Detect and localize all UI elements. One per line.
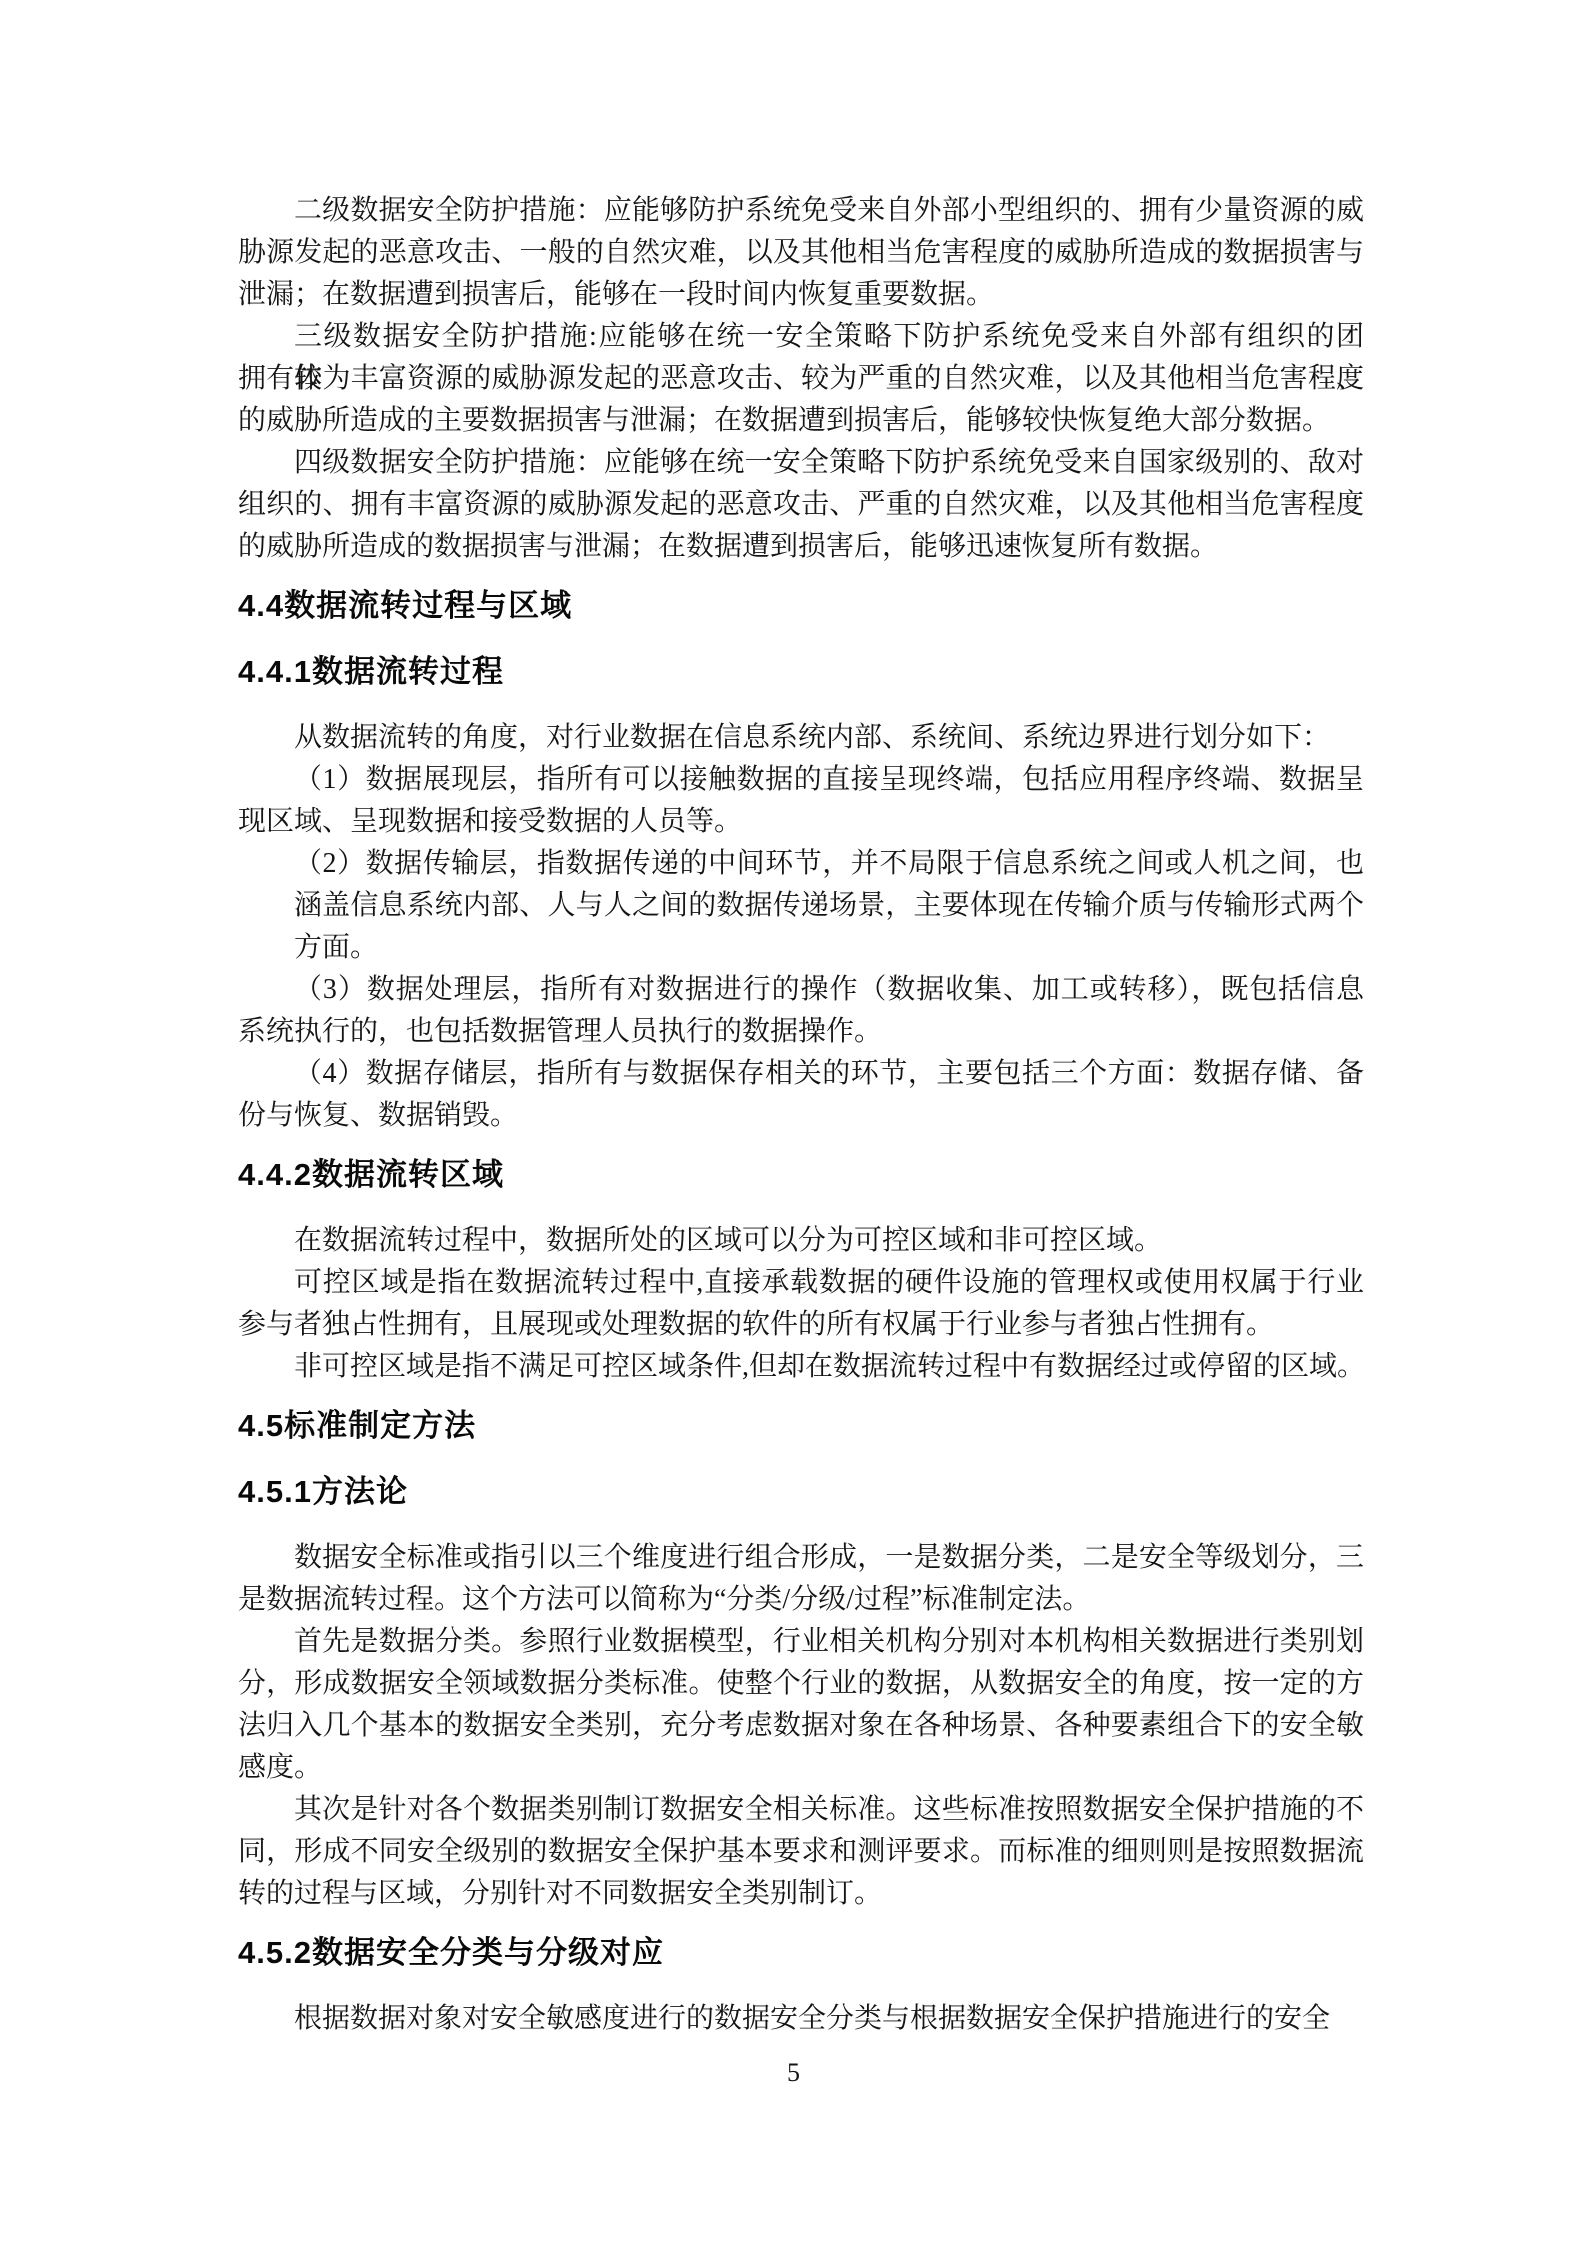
para-first-classification: 首先是数据分类。参照行业数据模型，行业相关机构分别对本机构相关数据进行类别划分，… [238, 1621, 1364, 1789]
text-line: 同，形成不同安全级别的数据安全保护基本要求和测评要求。而标准的细则则是按照数据流 [238, 1831, 1364, 1873]
text-line: 方面。 [294, 927, 1364, 969]
para-item3-processing-layer: （3）数据处理层，指所有对数据进行的操作（数据收集、加工或转移），既包括信息系统… [238, 969, 1364, 1053]
text-line: 胁源发起的恶意攻击、一般的自然灾难，以及其他相当危害程度的威胁所造成的数据损害与 [238, 232, 1364, 274]
text-line: （4）数据存储层，指所有与数据保存相关的环节，主要包括三个方面：数据存储、备 [294, 1053, 1364, 1095]
text-line: 数据安全标准或指引以三个维度进行组合形成，一是数据分类，二是安全等级划分，三 [294, 1537, 1364, 1579]
para-classification-grading: 根据数据对象对安全敏感度进行的数据安全分类与根据数据安全保护措施进行的安全 [238, 1998, 1364, 2040]
heading-4-4-2: 4.4.2数据流转区域 [238, 1154, 1364, 1196]
text-line: 四级数据安全防护措施：应能够在统一安全策略下防护系统免受来自国家级别的、敌对 [294, 442, 1364, 484]
text-line: 可控区域是指在数据流转过程中,直接承载数据的硬件设施的管理权或使用权属于行业 [294, 1262, 1364, 1304]
para-item1-presentation-layer: （1）数据展现层，指所有可以接触数据的直接呈现终端，包括应用程序终端、数据呈现区… [238, 759, 1364, 843]
heading-4-4-1: 4.4.1数据流转过程 [238, 651, 1364, 693]
para-item4-storage-layer: （4）数据存储层，指所有与数据保存相关的环节，主要包括三个方面：数据存储、备份与… [238, 1053, 1364, 1137]
text-line: （2）数据传输层，指数据传递的中间环节，并不局限于信息系统之间或人机之间，也 [294, 843, 1364, 885]
text-line: 份与恢复、数据销毁。 [238, 1095, 1364, 1137]
text-line: 首先是数据分类。参照行业数据模型，行业相关机构分别对本机构相关数据进行类别划 [294, 1621, 1364, 1663]
text-line: 的威胁所造成的主要数据损害与泄漏；在数据遭到损害后，能够较快恢复绝大部分数据。 [238, 400, 1364, 442]
para-level3-protection: 三级数据安全防护措施:应能够在统一安全策略下防护系统免受来自外部有组织的团体、拥… [238, 316, 1364, 442]
text-line: 非可控区域是指不满足可控区域条件,但却在数据流转过程中有数据经过或停留的区域。 [294, 1346, 1364, 1388]
heading-4-5-1: 4.5.1方法论 [238, 1471, 1364, 1513]
text-line: 泄漏；在数据遭到损害后，能够在一段时间内恢复重要数据。 [238, 274, 1364, 316]
text-line: 的威胁所造成的数据损害与泄漏；在数据遭到损害后，能够迅速恢复所有数据。 [238, 526, 1364, 568]
text-line: 二级数据安全防护措施：应能够防护系统免受来自外部小型组织的、拥有少量资源的威 [294, 190, 1364, 232]
document-body: 二级数据安全防护措施：应能够防护系统免受来自外部小型组织的、拥有少量资源的威胁源… [238, 190, 1364, 2040]
para-area-intro: 在数据流转过程中，数据所处的区域可以分为可控区域和非可控区域。 [238, 1220, 1364, 1262]
text-line: 参与者独占性拥有，且展现或处理数据的软件的所有权属于行业参与者独占性拥有。 [238, 1304, 1364, 1346]
text-line: （1）数据展现层，指所有可以接触数据的直接呈现终端，包括应用程序终端、数据呈 [294, 759, 1364, 801]
text-line: 法归入几个基本的数据安全类别，充分考虑数据对象在各种场景、各种要素组合下的安全敏 [238, 1705, 1364, 1747]
para-item2-transmission-layer: （2）数据传输层，指数据传递的中间环节，并不局限于信息系统之间或人机之间，也涵盖… [238, 843, 1364, 969]
para-level4-protection: 四级数据安全防护措施：应能够在统一安全策略下防护系统免受来自国家级别的、敌对组织… [238, 442, 1364, 568]
text-line: 根据数据对象对安全敏感度进行的数据安全分类与根据数据安全保护措施进行的安全 [294, 1998, 1364, 2040]
text-line: 是数据流转过程。这个方法可以简称为“分类/分级/过程”标准制定法。 [238, 1579, 1364, 1621]
text-line: 系统执行的，也包括数据管理人员执行的数据操作。 [238, 1011, 1364, 1053]
text-line: 转的过程与区域，分别针对不同数据安全类别制订。 [238, 1873, 1364, 1915]
para-controllable-area: 可控区域是指在数据流转过程中,直接承载数据的硬件设施的管理权或使用权属于行业参与… [238, 1262, 1364, 1346]
text-line: 组织的、拥有丰富资源的威胁源发起的恶意攻击、严重的自然灾难，以及其他相当危害程度 [238, 484, 1364, 526]
heading-4-4: 4.4数据流转过程与区域 [238, 585, 1364, 627]
text-line: 感度。 [238, 1747, 1364, 1789]
text-line: 其次是针对各个数据类别制订数据安全相关标准。这些标准按照数据安全保护措施的不 [294, 1789, 1364, 1831]
text-line: （3）数据处理层，指所有对数据进行的操作（数据收集、加工或转移），既包括信息 [294, 969, 1364, 1011]
para-flow-intro: 从数据流转的角度，对行业数据在信息系统内部、系统间、系统边界进行划分如下： [238, 717, 1364, 759]
text-line: 拥有较为丰富资源的威胁源发起的恶意攻击、较为严重的自然灾难，以及其他相当危害程度 [238, 358, 1364, 400]
text-line: 三级数据安全防护措施:应能够在统一安全策略下防护系统免受来自外部有组织的团体、 [294, 316, 1364, 358]
para-methodology-dimensions: 数据安全标准或指引以三个维度进行组合形成，一是数据分类，二是安全等级划分，三是数… [238, 1537, 1364, 1621]
text-line: 现区域、呈现数据和接受数据的人员等。 [238, 801, 1364, 843]
document-page: 二级数据安全防护措施：应能够防护系统免受来自外部小型组织的、拥有少量资源的威胁源… [0, 0, 1587, 2245]
para-uncontrollable-area: 非可控区域是指不满足可控区域条件,但却在数据流转过程中有数据经过或停留的区域。 [238, 1346, 1364, 1388]
page-number: 5 [0, 2052, 1587, 2094]
text-line: 分，形成数据安全领域数据分类标准。使整个行业的数据，从数据安全的角度，按一定的方 [238, 1663, 1364, 1705]
para-level2-protection: 二级数据安全防护措施：应能够防护系统免受来自外部小型组织的、拥有少量资源的威胁源… [238, 190, 1364, 316]
heading-4-5: 4.5标准制定方法 [238, 1405, 1364, 1447]
heading-4-5-2: 4.5.2数据安全分类与分级对应 [238, 1932, 1364, 1974]
text-line: 涵盖信息系统内部、人与人之间的数据传递场景，主要体现在传输介质与传输形式两个 [294, 885, 1364, 927]
text-line: 从数据流转的角度，对行业数据在信息系统内部、系统间、系统边界进行划分如下： [294, 717, 1364, 759]
text-line: 在数据流转过程中，数据所处的区域可以分为可控区域和非可控区域。 [294, 1220, 1364, 1262]
para-second-standards: 其次是针对各个数据类别制订数据安全相关标准。这些标准按照数据安全保护措施的不同，… [238, 1789, 1364, 1915]
